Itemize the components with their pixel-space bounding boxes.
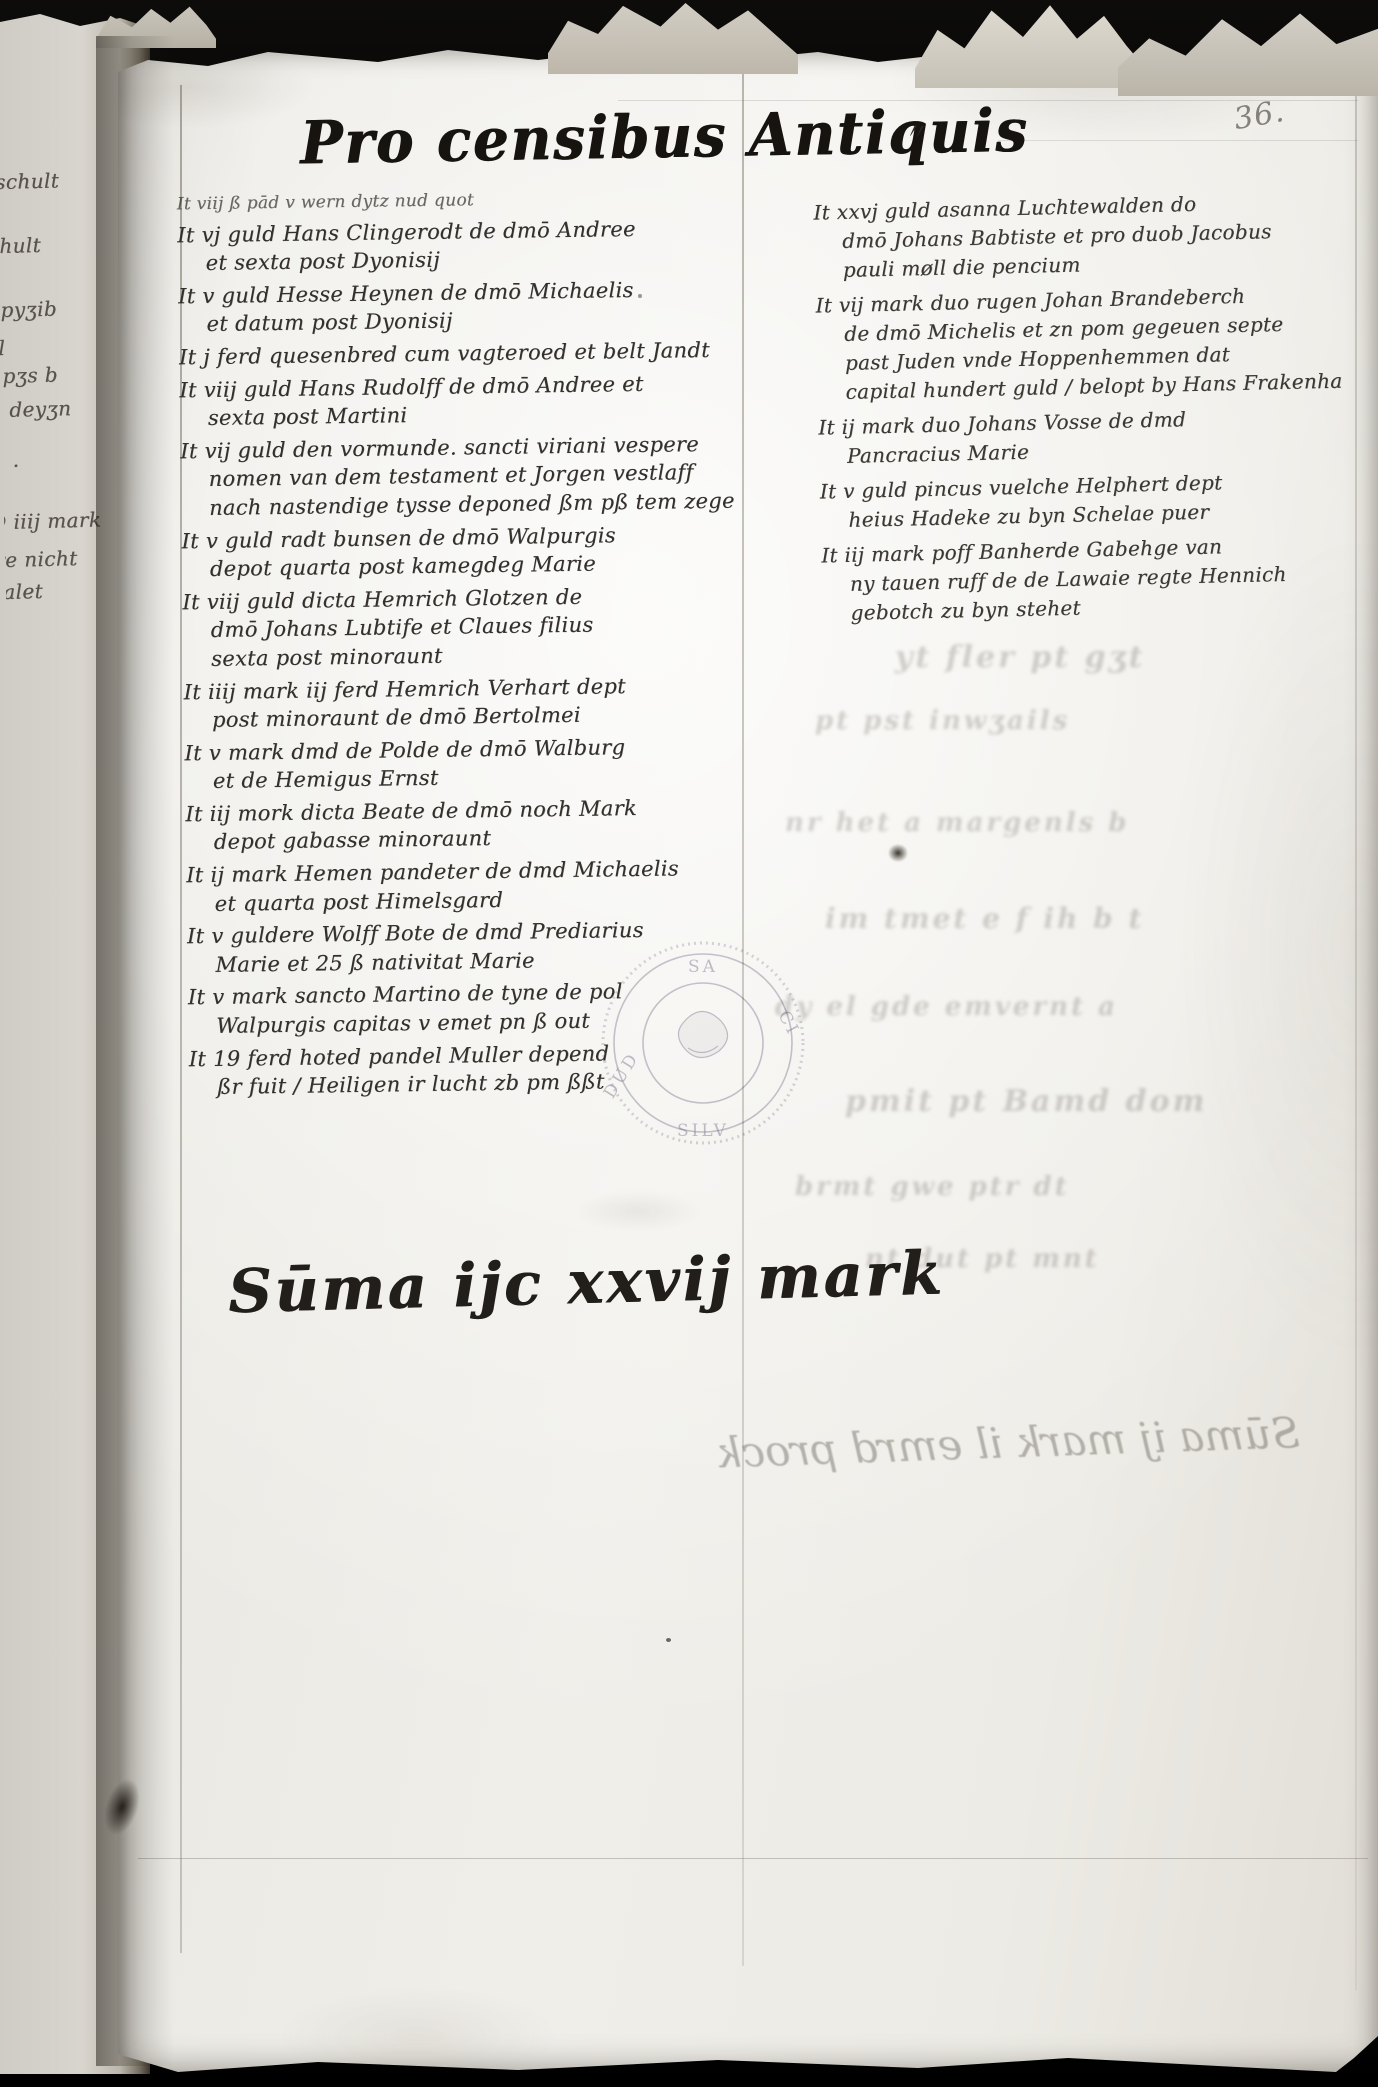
ghost-line: brmt gwe ptr dt: [795, 1172, 1070, 1202]
manuscript-page: Pro censibus Antiquis 〃 36. yt fler pt g…: [118, 46, 1378, 2072]
facing-text-fragment: le pyʒib: [0, 297, 57, 323]
ink-blot: [888, 844, 908, 862]
torn-paper-fragment: [1118, 0, 1378, 96]
manuscript-photo: le schultschultle pyʒibdilpʒs bdeyʒn·D i…: [0, 0, 1378, 2087]
facing-text-fragment: le schult: [0, 168, 59, 194]
horizontal-crease: [998, 140, 1358, 141]
ink-speck: [638, 294, 642, 298]
ghost-line: im tmet e f ih b t: [825, 902, 1144, 935]
show-through-text: yt fler pt gʒtpt pst inwʒailsnr het a ma…: [755, 640, 1378, 1320]
facing-text-fragment: ·: [12, 454, 19, 478]
facing-text-fragment: schult: [0, 233, 41, 259]
torn-paper-fragment: [915, 0, 1140, 88]
facing-text-fragment: pʒs b: [2, 363, 58, 388]
right-entry-column: It xxvj guld asanna Luchtewalden dodmō J…: [813, 186, 1378, 629]
torn-paper-fragment: [548, 0, 798, 74]
folio-number: 36.: [1231, 94, 1287, 137]
facing-text-fragment: re nicht: [0, 546, 78, 572]
facing-text-fragment: D iiij mark: [0, 507, 102, 534]
stamp-rim-text-bottom: SILV: [677, 1121, 729, 1141]
facing-text-fragment: deyʒn: [9, 396, 72, 422]
summa-total-line: Sūma ijc xxvij mark: [227, 1239, 945, 1328]
horizontal-crease: [138, 1858, 1368, 1859]
mirrored-offset-note: Sūma ij mark il emrd prock: [739, 1408, 1300, 1477]
ink-speck: [666, 1638, 671, 1642]
manuscript-line: It j ferd quesenbred cum vagteroed et be…: [179, 335, 799, 372]
ghost-line: pt pst inwʒails: [815, 706, 1070, 736]
facing-text-fragment: il: [0, 336, 6, 360]
ghost-line: nr het a margenls b: [785, 808, 1130, 838]
ghost-line: pmit pt Bamd dom: [845, 1084, 1207, 1119]
ghost-line: dy el gde emvernt a: [775, 992, 1118, 1022]
left-entry-column: It viij ß pād v wern dytz nud quotIt vj …: [177, 182, 810, 1102]
facing-text-fragment: balet: [0, 579, 43, 604]
heading-diacritic-mark: 〃: [903, 111, 932, 149]
ghost-line: yt fler pt gʒt: [895, 640, 1146, 675]
